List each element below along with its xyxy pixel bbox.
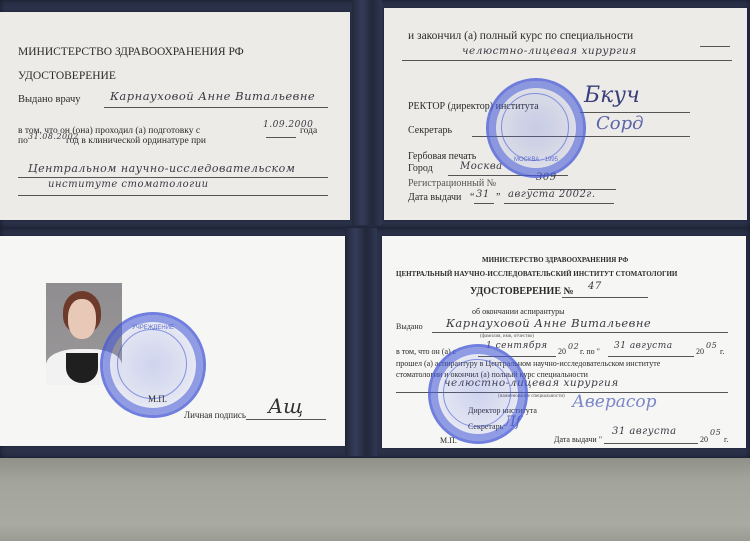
institution-line-1: Центральном научно-исследовательском xyxy=(28,162,295,175)
date-day: 31 xyxy=(476,189,490,200)
training-to-prefix: по xyxy=(18,136,28,146)
issued-name: Карнауховой Анне Витальевне xyxy=(110,89,315,103)
issued-name-2: Карнауховой Анне Витальевне xyxy=(446,316,651,330)
mp-label: М.П. xyxy=(148,394,167,404)
reg-label: Регистрационный № xyxy=(408,178,496,189)
background-surface xyxy=(0,456,750,541)
holder-signature: Ащ xyxy=(268,394,303,418)
certificate-page-2-right: МИНИСТЕРСТВО ЗДРАВООХРАНЕНИЯ РФ ЦЕНТРАЛЬ… xyxy=(382,236,746,448)
period-to-year: 05 xyxy=(706,341,717,350)
certificate-page-1-left: МИНИСТЕРСТВО ЗДРАВООХРАНЕНИЯ РФ УДОСТОВЕ… xyxy=(0,12,350,220)
signature-label: Личная подпись xyxy=(184,410,246,420)
photo-top xyxy=(66,353,98,383)
spine-bottom xyxy=(345,228,377,456)
date-label-2: Дата выдачи " xyxy=(554,435,602,444)
institute-stamp xyxy=(428,344,528,444)
director-signature: Аверасор xyxy=(572,392,657,412)
secretary-label: Секретарь xyxy=(408,125,452,136)
certificate-number: 47 xyxy=(588,281,602,292)
period-from-year: 02 xyxy=(568,342,579,351)
institution-line-2: институте стоматологии xyxy=(48,179,209,190)
date-value: 31 августа xyxy=(612,426,677,437)
photo-face xyxy=(68,299,96,339)
certificate-page-2-left: УЧРЕЖДЕНИЕ М.П. Личная подпись Ащ xyxy=(0,236,345,446)
specialty: челюстно-лицевая хирургия xyxy=(462,45,637,57)
certificate-page-1-right: и закончил (а) полный курс по специально… xyxy=(384,8,747,220)
year-word: года xyxy=(300,126,317,136)
ministry-heading-2: МИНИСТЕРСТВО ЗДРАВООХРАНЕНИЯ РФ xyxy=(482,256,628,264)
certificate-title: УДОСТОВЕРЕНИЕ xyxy=(18,70,116,82)
date-rest: августа 2002г. xyxy=(508,189,596,200)
issued-label-2: Выдано xyxy=(396,322,423,331)
issued-label: Выдано врачу xyxy=(18,94,81,105)
period-to: 31 августа xyxy=(614,341,673,351)
official-stamp: МОСКВА · 1995 xyxy=(486,78,586,178)
spine-top xyxy=(352,0,382,225)
institute-heading: ЦЕНТРАЛЬНЫЙ НАУЧНО-ИССЛЕДОВАТЕЛЬСКИЙ ИНС… xyxy=(396,270,677,278)
date-label: Дата выдачи xyxy=(408,192,461,203)
subtitle: об окончании аспирантуры xyxy=(472,307,565,316)
rector-signature: Бкуч xyxy=(584,83,640,108)
name-hint: (фамилия, имя, отчество) xyxy=(480,334,534,339)
certificate-title-2: УДОСТОВЕРЕНИЕ № xyxy=(470,286,574,297)
completed-text: и закончил (а) полный курс по специально… xyxy=(408,30,633,42)
training-text-2: год в клинической ординатуре при xyxy=(66,136,206,146)
ministry-heading: МИНИСТЕРСТВО ЗДРАВООХРАНЕНИЯ РФ xyxy=(18,46,244,58)
secretary-signature: Сорд xyxy=(596,113,644,134)
city-label: Город xyxy=(408,163,433,174)
date-year: 05 xyxy=(710,428,721,437)
